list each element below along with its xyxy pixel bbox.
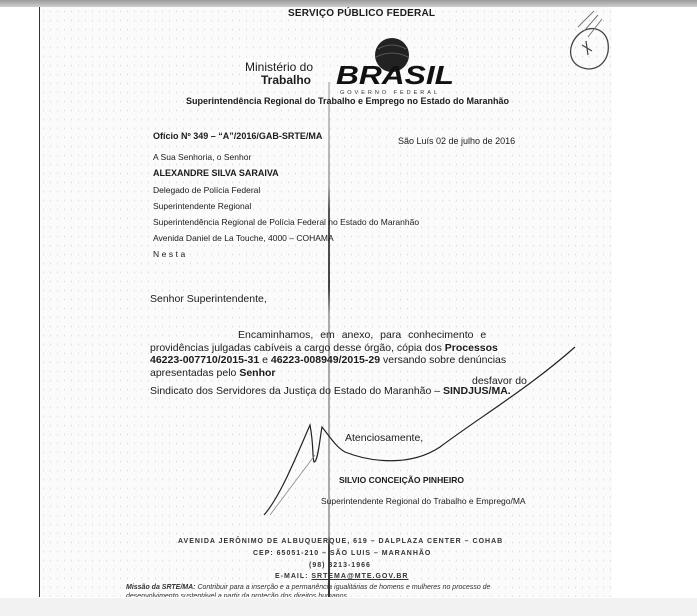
- footer-email: E-MAIL: SRTEMA@MTE.GOV.BR: [275, 573, 408, 580]
- footer-cep: CEP: 65051-210 – SÃO LUIS – MARANHÃO: [253, 550, 431, 557]
- recipient-salutation: A Sua Senhoria, o Senhor: [153, 152, 251, 162]
- body-text-span: apresentadas pelo: [150, 367, 239, 379]
- logo-text: BRASIL: [336, 60, 454, 90]
- body-line-3: 46223-007710/2015-31 e 46223-008949/2015…: [150, 354, 506, 366]
- brasil-government-logo-icon: BRASIL GOVERNO FEDERAL: [330, 35, 460, 97]
- document-reference: Ofício Nº 349 – “A”/2016/GAB-SRTE/MA: [153, 131, 322, 141]
- recipient-title-1: Delegado de Polícia Federal: [153, 185, 260, 195]
- email-label: E-MAIL:: [275, 573, 311, 580]
- ministry-line-2: Trabalho: [261, 73, 311, 87]
- document-date: São Luís 02 de julho de 2016: [398, 136, 515, 146]
- body-text-span: versando sobre denúncias: [380, 354, 506, 366]
- signatory-name: SILVIO CONCEIÇÃO PINHEIRO: [339, 475, 464, 485]
- superintendence-header: Superintendência Regional do Trabalho e …: [186, 96, 509, 106]
- recipient-nesta: Nesta: [153, 249, 188, 259]
- greeting: Senhor Superintendente,: [150, 293, 267, 305]
- body-bold-span: Processos: [445, 342, 498, 354]
- body-line-1: Encaminhamos, em anexo, para conheciment…: [238, 329, 486, 341]
- body-text-span: e: [259, 354, 271, 366]
- body-text-span: providências julgadas cabíveis a cargo d…: [150, 342, 445, 354]
- recipient-address: Avenida Daniel de La Touche, 4000 – COHA…: [153, 233, 334, 243]
- closing: Atenciosamente,: [345, 432, 423, 444]
- recipient-name: ALEXANDRE SILVA SARAIVA: [153, 168, 279, 178]
- viewer-bottom-bar: [0, 598, 697, 616]
- mission-line-2: desenvolvimento sustentável a partir da …: [126, 593, 353, 597]
- body-line-4: apresentadas pelo Senhor: [150, 367, 276, 379]
- recipient-title-2: Superintendente Regional: [153, 201, 251, 211]
- mission-label: Missão da SRTE/MA:: [126, 584, 196, 591]
- mission-line-1: Missão da SRTE/MA: Contribuir para a ins…: [126, 584, 490, 591]
- signatory-role: Superintendente Regional do Trabalho e E…: [321, 496, 526, 506]
- email-link[interactable]: SRTEMA@MTE.GOV.BR: [311, 573, 408, 580]
- footer-address: AVENIDA JERÔNIMO DE ALBUQUERQUE, 619 – D…: [178, 538, 503, 545]
- process-number-1: 46223-007710/2015-31: [150, 354, 259, 366]
- body-line-5: Sindicato dos Servidores da Justiça do E…: [150, 385, 511, 397]
- mission-text: Contribuir para a inserção e a permanênc…: [196, 584, 491, 591]
- ministry-line-1: Ministério do: [245, 60, 313, 74]
- body-text-span: Sindicato dos Servidores da Justiça do E…: [150, 385, 443, 397]
- service-header: SERVIÇO PÚBLICO FEDERAL: [288, 8, 435, 19]
- body-bold-span: Senhor: [239, 367, 275, 379]
- union-acronym: SINDJUS/MA.: [443, 385, 511, 397]
- footer-phone: (98) 3213-1966: [309, 562, 371, 569]
- handwritten-initials-stamp-icon: [558, 7, 612, 77]
- scanned-document-page: SERVIÇO PÚBLICO FEDERAL Ministério do Tr…: [39, 7, 612, 597]
- viewer-top-bar: [0, 0, 697, 7]
- recipient-organization: Superintendência Regional de Polícia Fed…: [153, 217, 419, 227]
- body-line-2: providências julgadas cabíveis a cargo d…: [150, 342, 498, 354]
- process-number-2: 46223-008949/2015-29: [271, 354, 380, 366]
